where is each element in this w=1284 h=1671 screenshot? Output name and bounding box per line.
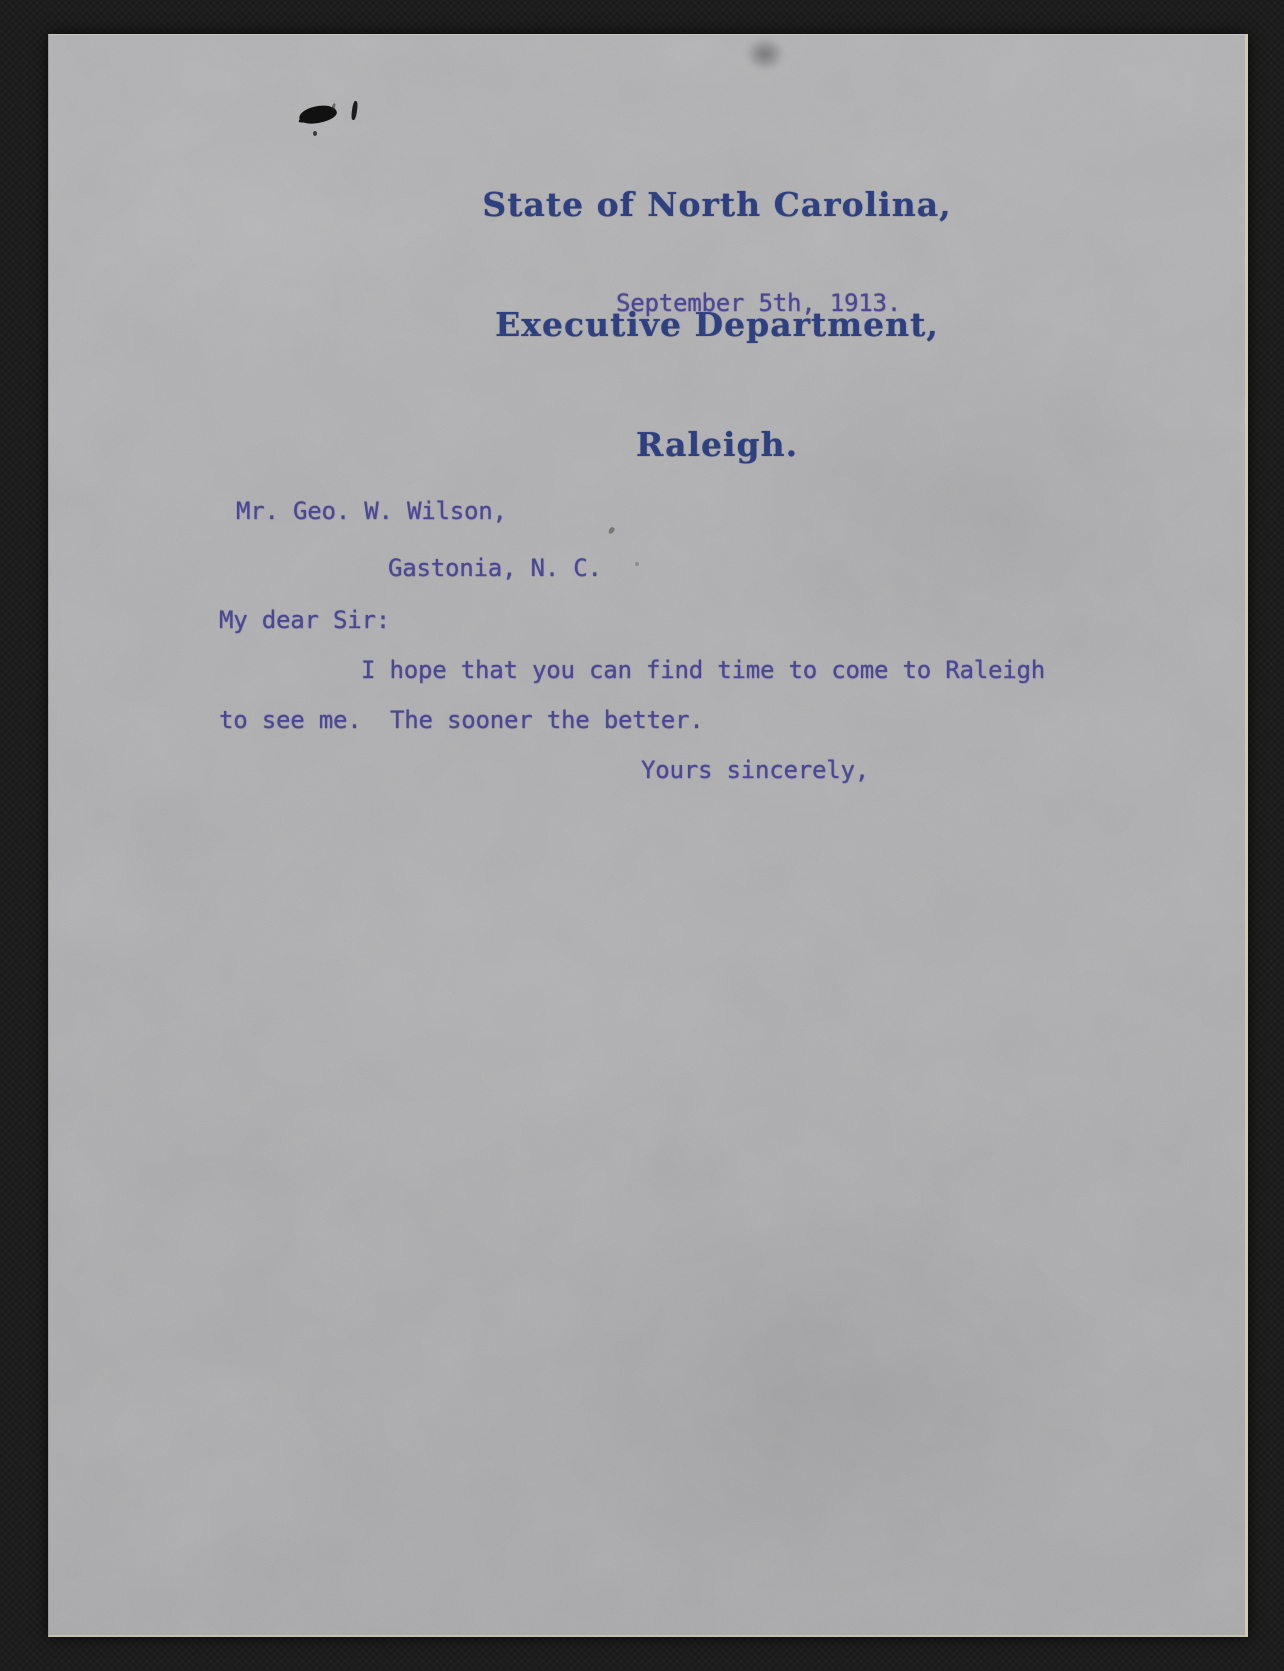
- letterhead-state-line: State of North Carolina,: [482, 185, 951, 225]
- smudge-mark: [745, 37, 785, 71]
- scan-background: State of North Carolina, Executive Depar…: [0, 0, 1284, 1671]
- salutation: My dear Sir:: [219, 606, 390, 634]
- recipient-city: Gastonia, N. C.: [388, 554, 602, 582]
- body-line-2: to see me. The sooner the better.: [219, 706, 703, 734]
- letterhead: State of North Carolina, Executive Depar…: [482, 105, 951, 545]
- body-line-1: I hope that you can find time to come to…: [361, 656, 1045, 684]
- closing-line: Yours sincerely,: [641, 756, 869, 784]
- date-line: September 5th, 1913.: [616, 289, 901, 317]
- ink-blot-dot: [313, 131, 317, 136]
- paper-speck: [635, 562, 639, 566]
- letter-page: State of North Carolina, Executive Depar…: [48, 34, 1248, 1637]
- recipient-name: Mr. Geo. W. Wilson,: [236, 497, 507, 525]
- letterhead-city-line: Raleigh.: [482, 425, 951, 465]
